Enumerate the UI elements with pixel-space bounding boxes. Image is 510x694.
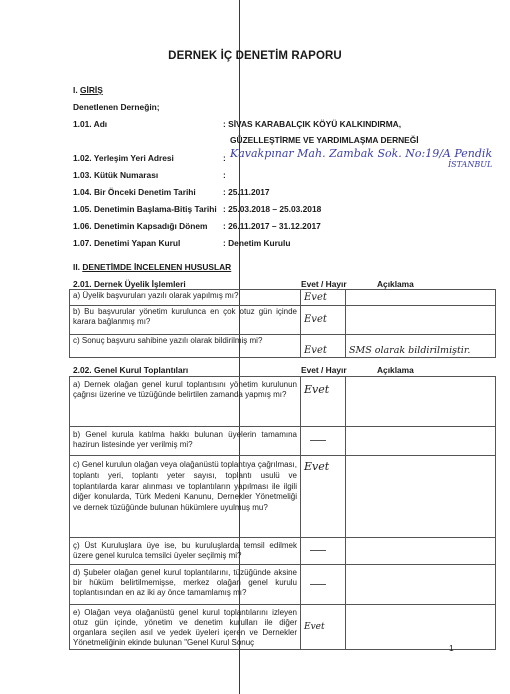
table2-col-answer: Evet / Hayır: [301, 365, 347, 375]
question-cell: c) Genel kurulun olağan veya olağanüstü …: [70, 456, 301, 538]
handwritten-address: Kavakpınar Mah. Zambak Sok. No:19/A Pend…: [230, 147, 492, 160]
answer-cell: Evet: [301, 605, 346, 650]
field-label-audit-dates: 1.05. Denetimin Başlama-Bitiş Tarihi: [73, 204, 217, 214]
question-cell: d) Şubeler olağan genel kurul toplantıla…: [70, 565, 301, 605]
answer-cell: Evet: [301, 306, 346, 335]
question-cell: ç) Üst Kuruluşlara üye ise, bu kuruluşla…: [70, 538, 301, 565]
dash-mark: [310, 440, 326, 441]
answer-cell: Evet: [301, 335, 346, 358]
field-label-registry-number: 1.03. Kütük Numarası: [73, 170, 158, 180]
field-value-registry-number: :: [223, 170, 226, 180]
note-cell: [346, 290, 496, 306]
section1-subheading: Denetlenen Derneğin;: [73, 102, 160, 112]
table-row: c) Genel kurulun olağan veya olağanüstü …: [70, 456, 496, 538]
general-assembly-table: a) Dernek olağan genel kurul toplantısın…: [69, 376, 496, 650]
field-label-previous-audit: 1.04. Bir Önceki Denetim Tarihi: [73, 187, 196, 197]
membership-table: a) Üyelik başvuruları yazılı olarak yapı…: [69, 289, 496, 358]
field-colon-address: :: [223, 153, 226, 163]
note-cell: SMS olarak bildirilmiştir.: [346, 335, 496, 358]
note-cell: [346, 538, 496, 565]
question-cell: a) Üyelik başvuruları yazılı olarak yapı…: [70, 290, 301, 306]
field-value-audit-board: : Denetim Kurulu: [223, 238, 290, 248]
note-cell: [346, 427, 496, 456]
note-cell: [346, 456, 496, 538]
answer-cell: [301, 427, 346, 456]
field-value-previous-audit: : 25.11.2017: [223, 187, 270, 197]
field-label-audit-period: 1.06. Denetimin Kapsadığı Dönem: [73, 221, 208, 231]
section2-title: DENETİMDE İNCELENEN HUSUSLAR: [82, 262, 231, 272]
answer-cell: Evet: [301, 377, 346, 427]
question-cell: b) Genel kurula katılma hakkı bulunan üy…: [70, 427, 301, 456]
answer-cell: Evet: [301, 290, 346, 306]
note-cell: [346, 306, 496, 335]
document-title: DERNEK İÇ DENETİM RAPORU: [0, 50, 510, 62]
question-cell: e) Olağan veya olağanüstü genel kurul to…: [70, 605, 301, 650]
field-value-name-line1: : SİVAS KARABALÇIK KÖYÜ KALKINDIRMA,: [223, 119, 401, 129]
table-row: b) Bu başvurular yönetim kurulunca en ço…: [70, 306, 496, 335]
table1-col-answer: Evet / Hayır: [301, 279, 347, 289]
question-cell: a) Dernek olağan genel kurul toplantısın…: [70, 377, 301, 427]
table1-col-note: Açıklama: [377, 279, 414, 289]
field-label-address: 1.02. Yerleşim Yeri Adresi: [73, 153, 174, 163]
note-cell: [346, 605, 496, 650]
field-value-name-line2: GÜZELLEŞTİRME VE YARDIMLAŞMA DERNEĞİ: [230, 135, 419, 145]
table2-col-note: Açıklama: [377, 365, 414, 375]
table-row: b) Genel kurula katılma hakkı bulunan üy…: [70, 427, 496, 456]
dash-mark: [310, 550, 326, 551]
section1-number: I.: [73, 85, 78, 95]
field-value-audit-period: : 26.11.2017 – 31.12.2017: [223, 221, 321, 231]
table1-title: 2.01. Dernek Üyelik İşlemleri: [73, 279, 186, 289]
note-cell: [346, 377, 496, 427]
section1-heading: I. GİRİŞ: [73, 85, 103, 95]
dash-mark: [310, 584, 326, 585]
answer-cell: Evet: [301, 456, 346, 538]
table-row: a) Üyelik başvuruları yazılı olarak yapı…: [70, 290, 496, 306]
note-cell: [346, 565, 496, 605]
field-label-name: 1.01. Adı: [73, 119, 107, 129]
table-row: c) Sonuç başvuru sahibine yazılı olarak …: [70, 335, 496, 358]
answer-cell: [301, 538, 346, 565]
table2-title: 2.02. Genel Kurul Toplantıları: [73, 365, 188, 375]
answer-cell: [301, 565, 346, 605]
question-cell: b) Bu başvurular yönetim kurulunca en ço…: [70, 306, 301, 335]
field-label-audit-board: 1.07. Denetimi Yapan Kurul: [73, 238, 180, 248]
table-row: a) Dernek olağan genel kurul toplantısın…: [70, 377, 496, 427]
table-row: d) Şubeler olağan genel kurul toplantıla…: [70, 565, 496, 605]
field-value-audit-dates: : 25.03.2018 – 25.03.2018: [223, 204, 321, 214]
section2-heading: II. DENETİMDE İNCELENEN HUSUSLAR: [73, 262, 231, 272]
section1-title: GİRİŞ: [80, 85, 103, 95]
question-cell: c) Sonuç başvuru sahibine yazılı olarak …: [70, 335, 301, 358]
table-row: ç) Üst Kuruluşlara üye ise, bu kuruluşla…: [70, 538, 496, 565]
table-row: e) Olağan veya olağanüstü genel kurul to…: [70, 605, 496, 650]
handwritten-city: İSTANBUL: [448, 160, 492, 169]
page-number: 1: [449, 643, 454, 653]
section2-number: II.: [73, 262, 80, 272]
